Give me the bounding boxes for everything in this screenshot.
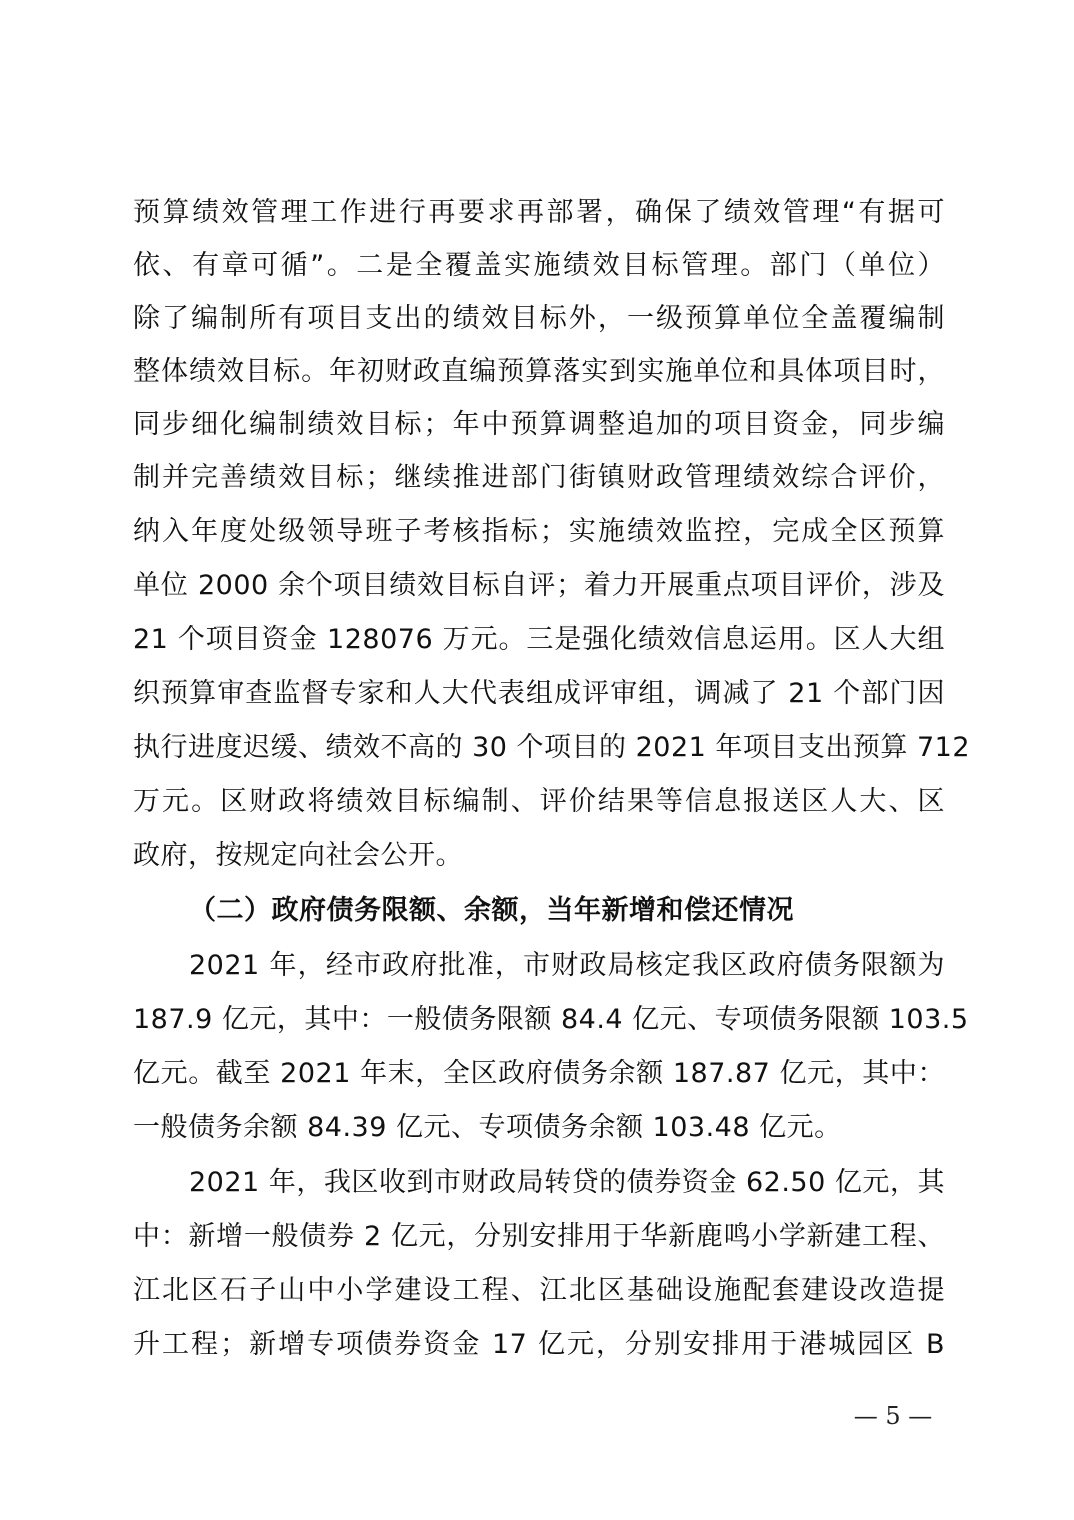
paragraph-line: 单位 2000 余个项目绩效目标自评；着力开展重点项目评价，涉及: [133, 566, 945, 606]
paragraph-line: 执行进度迟缓、绩效不高的 30 个项目的 2021 年项目支出预算 712: [133, 728, 945, 768]
section-heading: （二）政府债务限额、余额，当年新增和偿还情况: [133, 891, 945, 931]
paragraph-line: 江北区石子山中小学建设工程、江北区基础设施配套建设改造提: [133, 1271, 945, 1311]
paragraph-line: 万元。区财政将绩效目标编制、评价结果等信息报送区人大、区: [133, 782, 945, 822]
paragraph-line: 2021 年，我区收到市财政局转贷的债券资金 62.50 亿元，其: [133, 1163, 945, 1203]
paragraph-line: 2021 年，经市政府批准，市财政局核定我区政府债务限额为: [133, 946, 945, 986]
paragraph-line: 制并完善绩效目标；继续推进部门街镇财政管理绩效综合评价，: [133, 458, 945, 498]
paragraph-line: 升工程；新增专项债券资金 17 亿元，分别安排用于港城园区 B: [133, 1325, 945, 1365]
paragraph-line: 中：新增一般债券 2 亿元，分别安排用于华新鹿鸣小学新建工程、: [133, 1217, 945, 1257]
paragraph-line: 一般债务余额 84.39 亿元、专项债务余额 103.48 亿元。: [133, 1108, 945, 1148]
paragraph-line: 预算绩效管理工作进行再要求再部署，确保了绩效管理“有据可: [133, 193, 945, 233]
paragraph-line: 整体绩效目标。年初财政直编预算落实到实施单位和具体项目时，: [133, 352, 945, 392]
page-number: — 5 —: [838, 1398, 948, 1434]
paragraph-line: 织预算审查监督专家和人大代表组成评审组，调减了 21 个部门因: [133, 674, 945, 714]
paragraph-line: 21 个项目资金 128076 万元。三是强化绩效信息运用。区人大组: [133, 620, 945, 660]
document-page: 预算绩效管理工作进行再要求再部署，确保了绩效管理“有据可 依、有章可循”。二是全…: [0, 0, 1074, 1520]
paragraph-line: 除了编制所有项目支出的绩效目标外，一级预算单位全盖覆编制: [133, 299, 945, 339]
paragraph-line: 纳入年度处级领导班子考核指标；实施绩效监控，完成全区预算: [133, 512, 945, 552]
paragraph-line: 依、有章可循”。二是全覆盖实施绩效目标管理。部门（单位）: [133, 246, 945, 286]
paragraph-line: 亿元。截至 2021 年末，全区政府债务余额 187.87 亿元，其中：: [133, 1054, 945, 1094]
paragraph-line: 187.9 亿元，其中：一般债务限额 84.4 亿元、专项债务限额 103.5: [133, 1000, 945, 1040]
paragraph-line: 政府，按规定向社会公开。: [133, 836, 945, 876]
paragraph-line: 同步细化编制绩效目标；年中预算调整追加的项目资金，同步编: [133, 405, 945, 445]
